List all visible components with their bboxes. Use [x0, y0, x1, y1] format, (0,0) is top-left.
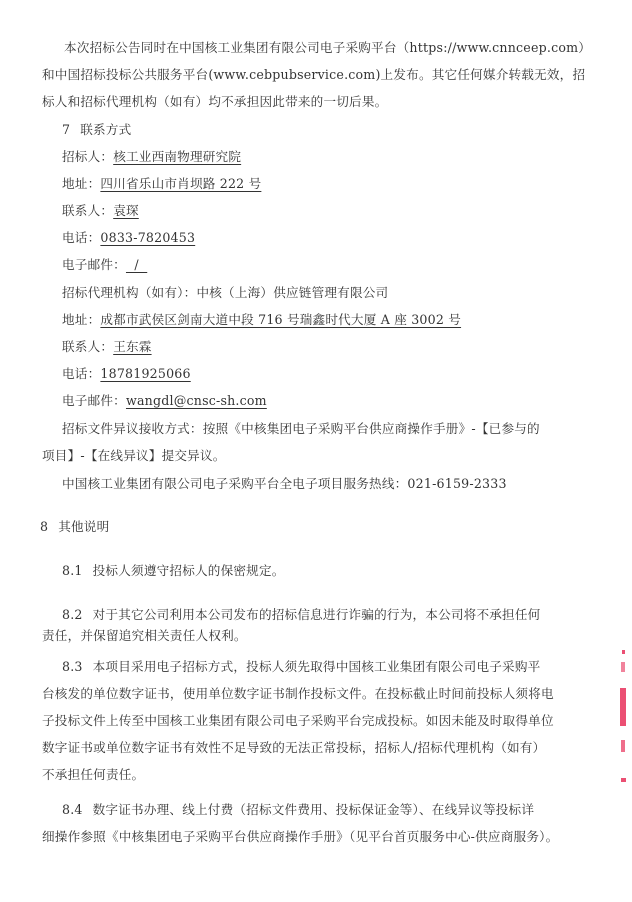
tenderer-address-label: 地址： [62, 176, 100, 191]
section-8-heading: 8其他说明 [40, 519, 109, 535]
agency-email-link[interactable]: wangdl@cnsc-sh.com [126, 393, 267, 408]
agency-email-label: 电子邮件： [62, 393, 126, 408]
item-8-4-line-1: 8.4数字证书办理、线上付费（招标文件费用、投标保证金等）、在线异议等投标详 [62, 802, 534, 818]
section-7-heading: 7联系方式 [62, 122, 131, 138]
agency-label: 招标代理机构（如有）： [62, 285, 196, 300]
agency-contact-value: 王东霖 [113, 339, 151, 354]
item-8-4-line-2: 细操作参照《中核集团电子采购平台供应商操作手册》（见平台首页服务中心-供应商服务… [42, 829, 558, 845]
agency-value: 中核（上海）供应链管理有限公司 [196, 285, 388, 300]
item-8-3-line-1: 8.3本项目采用电子招标方式，投标人须先取得中国核工业集团有限公司电子采购平 [62, 659, 540, 675]
item-8-3-number: 8.3 [62, 659, 83, 674]
objection-line-1: 招标文件异议接收方式：按照《中核集团电子采购平台供应商操作手册》-【已参与的 [62, 421, 540, 437]
intro-line-1: 本次招标公告同时在中国核工业集团有限公司电子采购平台（https://www.c… [64, 40, 591, 56]
hotline-line: 中国核工业集团有限公司电子采购平台全电子项目服务热线：021-6159-2333 [62, 476, 507, 492]
tenderer-label: 招标人： [62, 149, 113, 164]
agency-row: 招标代理机构（如有）：中核（上海）供应链管理有限公司 [62, 285, 388, 301]
item-8-4-number: 8.4 [62, 802, 83, 817]
section-8-title: 其他说明 [58, 519, 109, 534]
section-8-number: 8 [40, 519, 48, 534]
tenderer-email-value: / [126, 257, 147, 272]
item-8-3-line-5: 不承担任何责任。 [42, 767, 144, 783]
item-8-3-text: 本项目采用电子招标方式，投标人须先取得中国核工业集团有限公司电子采购平 [93, 659, 541, 674]
agency-phone-value: 18781925066 [100, 366, 190, 381]
agency-phone-row: 电话：18781925066 [62, 366, 191, 382]
objection-line-2: 项目】-【在线异议】提交异议。 [42, 448, 226, 464]
tenderer-email-row: 电子邮件： / [62, 257, 147, 273]
agency-contact-row: 联系人：王东霖 [62, 339, 152, 355]
item-8-3-line-2: 台核发的单位数字证书，使用单位数字证书制作投标文件。在投标截止时间前投标人须将电 [42, 686, 554, 702]
tenderer-contact-value: 袁琛 [113, 203, 139, 218]
tenderer-address-row: 地址：四川省乐山市肖坝路 222 号 [62, 176, 261, 192]
section-7-number: 7 [62, 122, 70, 137]
tenderer-email-label: 电子邮件： [62, 257, 126, 272]
item-8-4-text: 数字证书办理、线上付费（招标文件费用、投标保证金等）、在线异议等投标详 [93, 802, 534, 817]
agency-address-value: 成都市武侯区剑南大道中段 716 号瑞鑫时代大厦 A 座 3002 号 [100, 312, 461, 327]
tenderer-address-value: 四川省乐山市肖坝路 222 号 [100, 176, 261, 191]
intro-line-2: 和中国招标投标公共服务平台(www.cebpubservice.com)上发布。… [42, 67, 585, 83]
item-8-2-text: 对于其它公司利用本公司发布的招标信息进行诈骗的行为，本公司将不承担任何 [93, 607, 541, 622]
document-page: 本次招标公告同时在中国核工业集团有限公司电子采购平台（https://www.c… [0, 0, 632, 902]
tenderer-contact-row: 联系人：袁琛 [62, 203, 139, 219]
agency-phone-label: 电话： [62, 366, 100, 381]
item-8-1-line-1: 8.1投标人须遵守招标人的保密规定。 [62, 563, 285, 579]
tenderer-value: 核工业西南物理研究院 [113, 149, 241, 164]
section-7-title: 联系方式 [80, 122, 131, 137]
intro-line-3: 标人和招标代理机构（如有）均不承担因此带来的一切后果。 [42, 94, 387, 110]
tenderer-phone-label: 电话： [62, 230, 100, 245]
tenderer-contact-label: 联系人： [62, 203, 113, 218]
item-8-3-line-4: 数字证书或单位数字证书有效性不足导致的无法正常投标，招标人/招标代理机构（如有） [42, 740, 545, 756]
tenderer-row: 招标人：核工业西南物理研究院 [62, 149, 241, 165]
item-8-3-line-3: 子投标文件上传至中国核工业集团有限公司电子采购平台完成投标。如因未能及时取得单位 [42, 713, 554, 729]
seal-stamp-fragment [608, 640, 632, 810]
tenderer-phone-value: 0833-7820453 [100, 230, 195, 245]
agency-address-row: 地址：成都市武侯区剑南大道中段 716 号瑞鑫时代大厦 A 座 3002 号 [62, 312, 461, 328]
agency-address-label: 地址： [62, 312, 100, 327]
item-8-2-line-2: 责任，并保留追究相关责任人权利。 [42, 628, 247, 644]
item-8-1-number: 8.1 [62, 563, 83, 578]
item-8-2-line-1: 8.2对于其它公司利用本公司发布的招标信息进行诈骗的行为，本公司将不承担任何 [62, 607, 540, 623]
tenderer-phone-row: 电话：0833-7820453 [62, 230, 195, 246]
item-8-1-text: 投标人须遵守招标人的保密规定。 [93, 563, 285, 578]
agency-contact-label: 联系人： [62, 339, 113, 354]
agency-email-row: 电子邮件：wangdl@cnsc-sh.com [62, 393, 267, 409]
item-8-2-number: 8.2 [62, 607, 83, 622]
